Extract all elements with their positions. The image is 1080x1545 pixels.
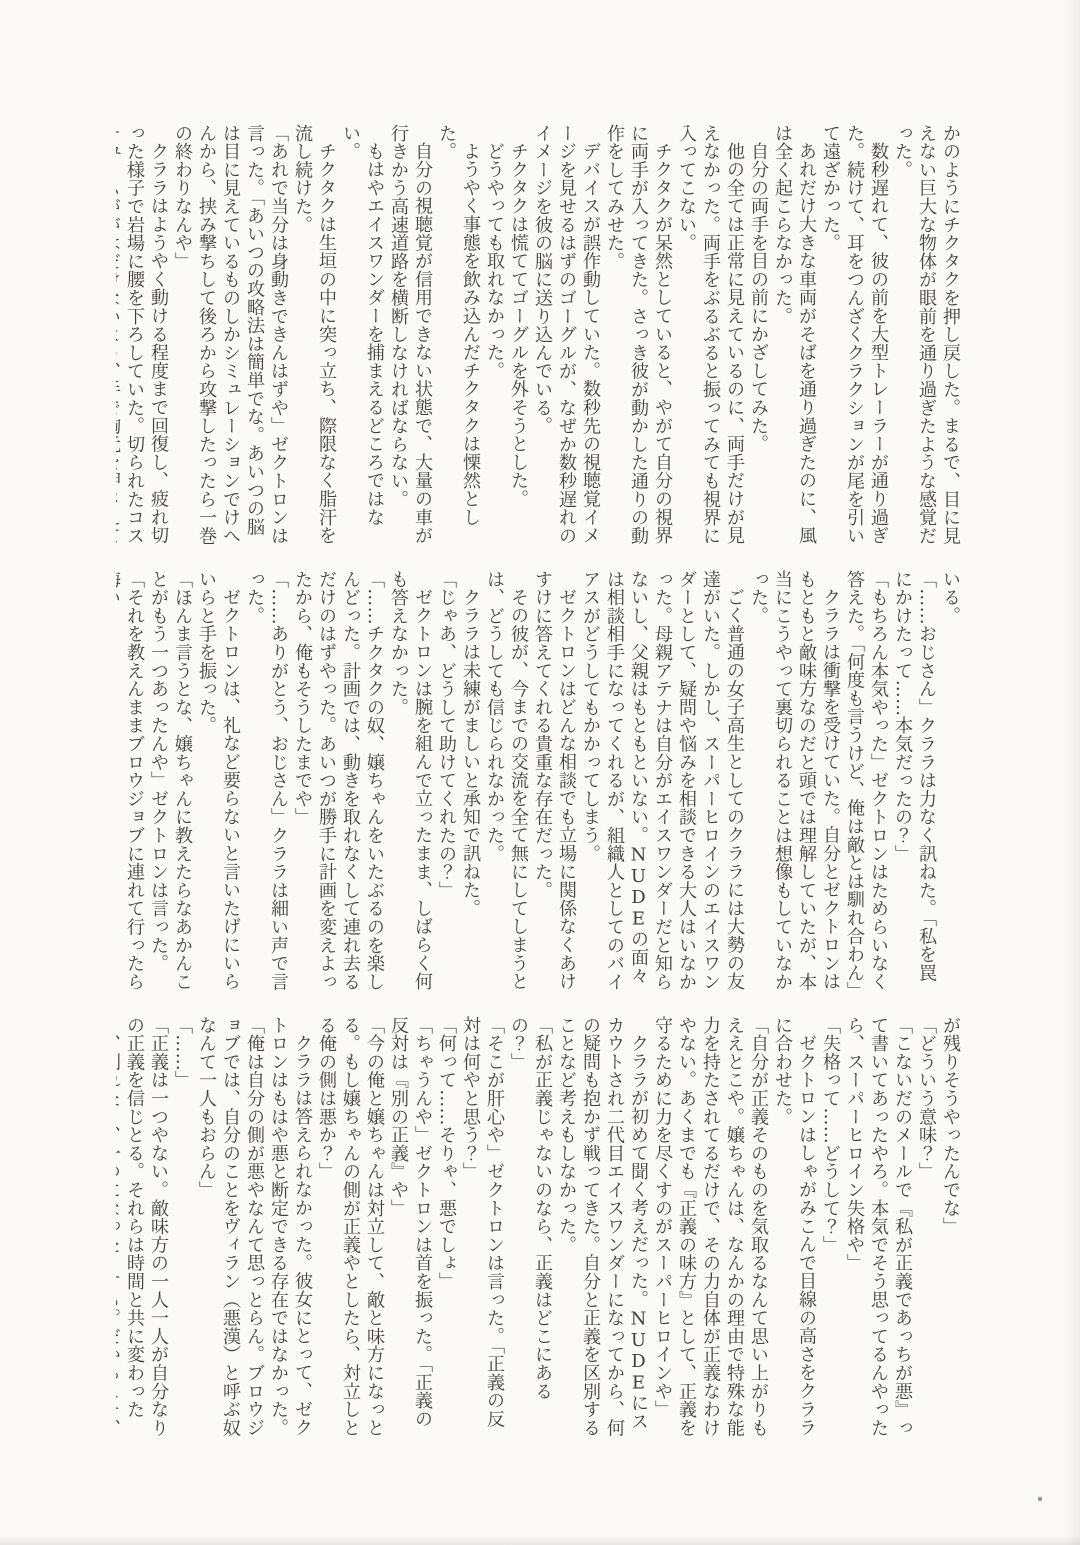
paragraph: 「……チクタクの奴、嬢ちゃんをいたぶるのを楽しんどった。計画では、動きを取れなく…: [290, 570, 386, 994]
paragraph: かのようにチクタクを押し戻した。まるで、目に見えない巨大な物体が眼前を通り過ぎた…: [890, 124, 962, 548]
paragraph: 「こないだのメールで『私が正義であっちが悪』って書いてあったやろ。本気でそう思っ…: [842, 1016, 914, 1440]
paragraph: 「じゃあ、どうして助けてくれたの？」: [434, 570, 458, 994]
paragraph: ゼクトロンは、礼など要らないと言いたげにいらいらと手を振った。: [194, 570, 242, 994]
paragraph: ゼクトロンはどんな相談でも立場に関係なくあけすけに答えてくれる貴重な存在だった。: [530, 570, 578, 994]
paragraph: もはやエイスワンダーを捕まえるどころではない。: [338, 124, 386, 548]
paragraph: クララは未練がましいと承知で訊ねた。: [458, 570, 482, 994]
paragraph: クララは衝撃を受けていた。自分とゼクトロンはもともと敵味方なのだと頭では理解して…: [746, 570, 842, 994]
scan-speck: [1038, 1497, 1042, 1501]
paragraph: 「どういう意味？」: [914, 1016, 938, 1440]
paragraph: 「俺は自分の側が悪やなんて思っとらん。ブロウジョブでは、自分のことをヴィラン（悪…: [194, 1016, 266, 1440]
paragraph: 「……ありがとう、おじさん」クララは細い声で言った。: [242, 570, 290, 994]
paragraph: チクタクは慌ててゴーグルを外そうとした。: [506, 124, 530, 548]
paragraph: 「今の俺と嬢ちゃんは対立して、敵と味方になっとる。もし嬢ちゃんの側が正義やとした…: [314, 1016, 386, 1440]
text-band-middle: いる。「……おじさん」クララは力なく訊ねた。「私を罠にかけたって……本気だったの…: [116, 570, 962, 994]
paragraph: どうやっても取れなかった。: [482, 124, 506, 548]
paragraph: ごく普通の女子高生としてのクララには大勢の友達がいた。しかし、スーパーヒロインの…: [578, 570, 746, 994]
paragraph: 他の全ては正常に見えているのに、両手だけが見えなかった。両手をぶるぶると振ってみ…: [674, 124, 746, 548]
paragraph: 「……」: [170, 1016, 194, 1440]
text-band-bottom: が残りそうやったんでな」「どういう意味？」「こないだのメールで『私が正義であっち…: [116, 1016, 962, 1440]
paragraph: 自分の視聴覚が信用できない状態で、大量の車が行きかう高速道路を横断しなければなら…: [386, 124, 434, 548]
paragraph: チクタクは生垣の中に突っ立ち、際限なく脂汗を流し続けた。: [290, 124, 338, 548]
paragraph: 「もちろん本気やった」ゼクトロンはためらいなく答えた。「何度も言うけど、俺は敵と…: [842, 570, 890, 994]
paragraph: 自分の両手を目の前にかざしてみた。: [746, 124, 770, 548]
paragraph: 「ほんま言うとな、嬢ちゃんに教えたらなあかんことがもう一つあったんや」ゼクトロン…: [116, 570, 194, 994]
paragraph: ようやく事態を飲み込んだチクタクは慄然とした。: [434, 124, 482, 548]
paragraph: 数秒遅れて、彼の前を大型トレーラーが通り過ぎた。続けて、耳をつんざくクラクション…: [818, 124, 890, 548]
paragraph: クララが初めて聞く考えだった。NUDEにスカウトされ二代目エイスワンダーになって…: [554, 1016, 650, 1440]
paragraph: 「失格って……どうして？」: [818, 1016, 842, 1440]
paragraph: 「何って……そりゃ、悪でしょ」: [434, 1016, 458, 1440]
paragraph: デバイスが誤作動していた。数秒先の視聴覚イメージを見せるはずのゴーグルが、なぜか…: [530, 124, 602, 548]
paragraph: クララは答えられなかった。彼女にとって、ゼクトロンはもはや悪と断定できる存在では…: [266, 1016, 314, 1440]
paragraph: 「私が正義じゃないのなら、正義はどこにあるの？」: [506, 1016, 554, 1440]
paragraph: 「……おじさん」クララは力なく訊ねた。「私を罠にかけたって……本気だったの？」: [890, 570, 938, 994]
paragraph: ゼクトロンはしゃがみこんで目線の高さをクララに合わせた。: [770, 1016, 818, 1440]
page-edge-shading-bottom: [0, 1535, 1080, 1545]
paragraph: ゼクトロンは腕を組んで立ったまま、しばらく何も答えなかった。: [386, 570, 434, 994]
paragraph: いる。: [938, 570, 962, 994]
text-band-top: かのようにチクタクを押し戻した。まるで、目に見えない巨大な物体が眼前を通り過ぎた…: [116, 124, 962, 548]
paragraph: クララはようやく動ける程度まで回復し、疲れ切った様子で岩場に腰を下ろしていた。切…: [116, 124, 170, 548]
paragraph: 「自分が正義そのものを気取るなんて思い上がりもええとこや。嬢ちゃんは、なんかの理…: [650, 1016, 770, 1440]
paragraph: チクタクが呆然としていると、やがて自分の視界に両手が入ってきた。さっき彼が動かし…: [602, 124, 674, 548]
page-edge-shading-right: [1064, 0, 1080, 1545]
page-text-area: かのようにチクタクを押し戻した。まるで、目に見えない巨大な物体が眼前を通り過ぎた…: [116, 124, 962, 1462]
paragraph: 「ちゃうんや」ゼクトロンは首を振った。「正義の反対は『別の正義』や」: [386, 1016, 434, 1440]
paragraph: 「正義は一つやない。敵味方の一人一人が自分なりの正義を信じとる。それらは時間と共…: [116, 1016, 170, 1440]
scanned-novel-page: かのようにチクタクを押し戻した。まるで、目に見えない巨大な物体が眼前を通り過ぎた…: [0, 0, 1080, 1545]
paragraph: 「そこが肝心や」ゼクトロンは言った。「正義の反対は何やと思う？」: [458, 1016, 506, 1440]
paragraph: 「あれで当分は身動きできんはずや」ゼクトロンは言った。「あいつの攻略法は簡単でな…: [170, 124, 290, 548]
paragraph: あれだけ大きな車両がそばを通り過ぎたのに、風は全く起こらなかった。: [770, 124, 818, 548]
paragraph: が残りそうやったんでな」: [938, 1016, 962, 1440]
paragraph: その彼が、今までの交流を全て無にしてしまうとは、どうしても信じられなかった。: [482, 570, 530, 994]
